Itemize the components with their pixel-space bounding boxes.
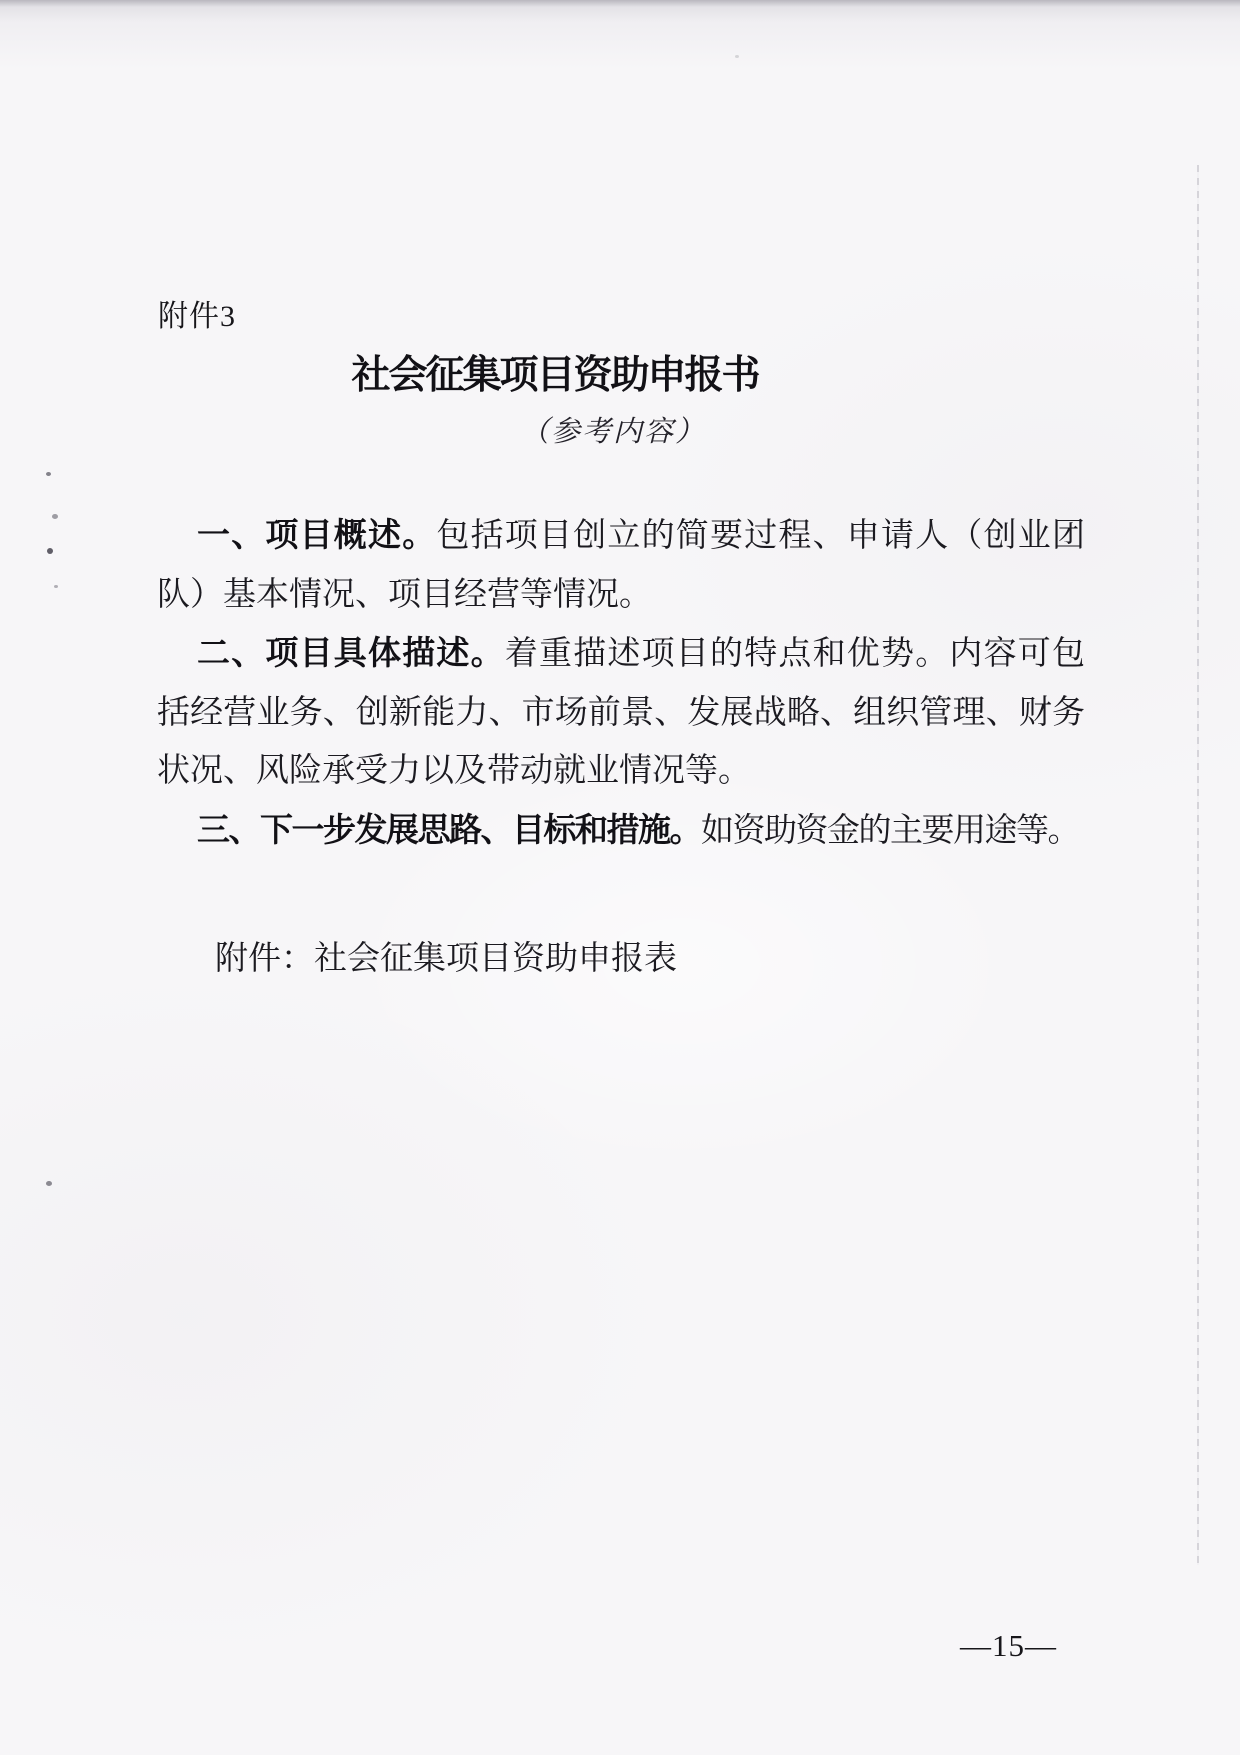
scan-speck <box>47 548 53 554</box>
paragraph-2-lead: 二、项目具体描述。 <box>197 634 505 671</box>
paragraph-3-text: 如资助资金的主要用途等。 <box>701 813 1079 849</box>
paragraph-1: 一、项目概述。包括项目创立的简要过程、申请人（创业团队）基本情况、项目经营等情况… <box>157 506 1085 624</box>
page-number: —15— <box>960 1628 1057 1664</box>
scan-speck <box>735 55 739 58</box>
attachment-label: 附件3 <box>158 291 236 335</box>
document-body: 一、项目概述。包括项目创立的简要过程、申请人（创业团队）基本情况、项目经营等情况… <box>157 506 1085 860</box>
paragraph-3: 三、下一步发展思路、目标和措施。如资助资金的主要用途等。 <box>157 801 1085 861</box>
document-title: 社会征集项目资助申报书 <box>0 344 1110 400</box>
scan-vertical-streak-artifact <box>1197 165 1199 1565</box>
scan-speck <box>46 472 51 476</box>
scan-speck <box>54 585 58 588</box>
paragraph-1-lead: 一、项目概述。 <box>197 516 436 553</box>
scan-speck <box>52 514 58 519</box>
paragraph-3-lead: 三、下一步发展思路、目标和措施。 <box>197 811 701 848</box>
paragraph-2: 二、项目具体描述。着重描述项目的特点和优势。内容可包括经营业务、创新能力、市场前… <box>157 624 1085 801</box>
attachment-note: 附件：社会征集项目资助申报表 <box>157 930 1085 988</box>
document-subtitle: （参考内容） <box>0 409 1226 450</box>
scan-top-edge-shadow <box>0 0 1240 70</box>
scan-speck <box>46 1181 52 1186</box>
scanned-document-page: 附件3 社会征集项目资助申报书 （参考内容） 一、项目概述。包括项目创立的简要过… <box>0 0 1240 1755</box>
